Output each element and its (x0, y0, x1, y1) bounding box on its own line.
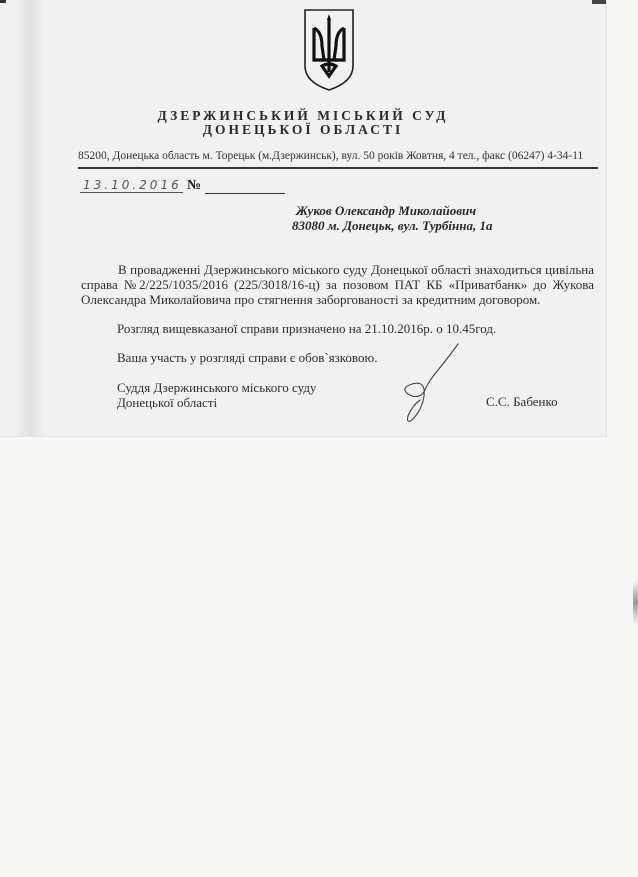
court-region: ДОНЕЦЬКОЇ ОБЛАСТІ (0, 122, 606, 138)
court-address: 85200, Донецька область м. Торецьк (м.Дз… (78, 150, 598, 162)
signature-icon (390, 340, 470, 425)
recipient-name: Жуков Олександр Миколайович (296, 203, 492, 218)
case-description: В провадженні Дзержинського міського суд… (81, 262, 594, 307)
number-label: № (187, 178, 201, 193)
recipient-block: Жуков Олександр Миколайович 83080 м. Дон… (296, 203, 492, 233)
scan-edge-mark (633, 580, 638, 625)
body-paragraph: В провадженні Дзержинського міського суд… (81, 262, 594, 307)
trident-emblem-icon (302, 6, 356, 92)
signer-title-line1: Суддя Дзержинського міського суду (117, 380, 316, 395)
document-page: ДЗЕРЖИНСЬКИЙ МІСЬКИЙ СУД ДОНЕЦЬКОЇ ОБЛАС… (0, 0, 607, 437)
signer-title-line2: Донецької області (117, 395, 316, 410)
recipient-address: 83080 м. Донецьк, вул. Турбінна, 1а (292, 218, 492, 233)
hearing-notice: Розгляд вищевказаної справи призначено н… (117, 321, 496, 337)
date-number-line: 13.10.2016№ (80, 178, 285, 194)
scan-corner-mark (0, 0, 6, 3)
participation-notice: Ваша участь у розгляді справи є обов`язк… (117, 350, 377, 366)
signer-title: Суддя Дзержинського міського суду Донець… (117, 380, 316, 410)
header-divider (78, 167, 598, 169)
number-blank-field (205, 181, 285, 194)
scan-corner-mark (592, 0, 606, 4)
scan-fold-shadow (14, 0, 44, 436)
signer-name: С.С. Бабенко (486, 394, 558, 410)
handwritten-date: 13.10.2016 (80, 178, 183, 193)
